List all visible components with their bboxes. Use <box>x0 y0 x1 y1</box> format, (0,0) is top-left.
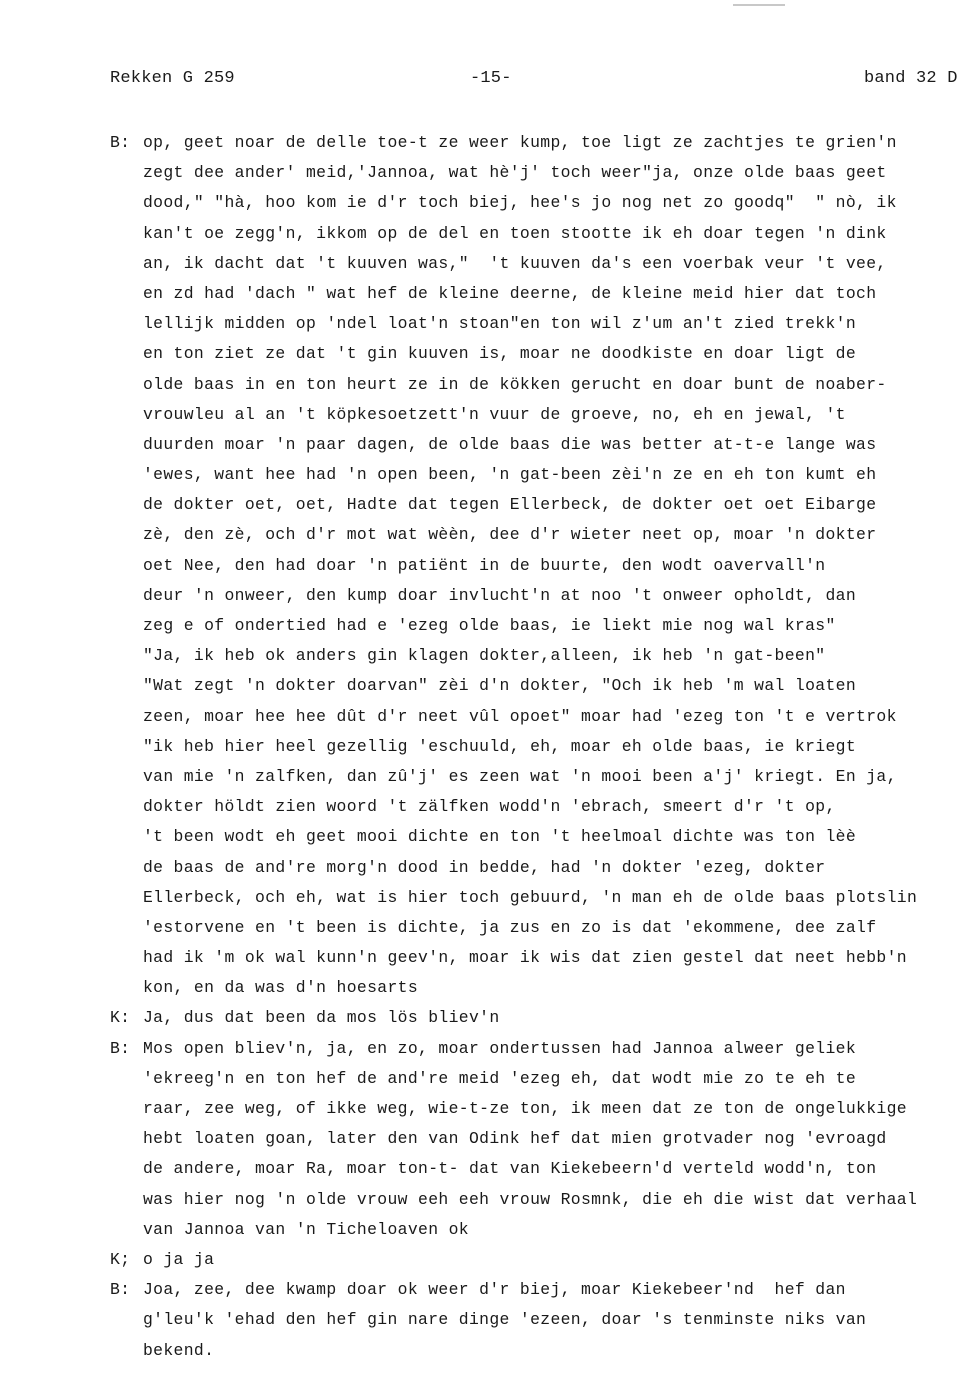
speaker-label: B: <box>110 1275 130 1305</box>
transcript-line: zeg e of ondertied had e 'ezeg olde baas… <box>110 611 979 641</box>
utterance-text: de andere, moar Ra, moar ton-t- dat van … <box>143 1154 876 1184</box>
utterance-text: had ik 'm ok wal kunn'n geev'n, moar ik … <box>143 943 907 973</box>
utterance-text: "ik heb hier heel gezellig 'eschuuld, eh… <box>143 732 856 762</box>
transcript-line: an, ik dacht dat 't kuuven was," 't kuuv… <box>110 249 979 279</box>
utterance-text: van Jannoa van 'n Ticheloaven ok <box>143 1215 469 1245</box>
utterance-text: zè, den zè, och d'r mot wat wèèn, dee d'… <box>143 520 876 550</box>
utterance-text: g'leu'k 'ehad den hef gin nare dinge 'ez… <box>143 1305 866 1335</box>
transcript-line: B:Mos open bliev'n, ja, en zo, moar onde… <box>110 1034 979 1064</box>
transcript-line: 'ekreeg'n en ton hef de and're meid 'eze… <box>110 1064 979 1094</box>
transcript-line: "ik heb hier heel gezellig 'eschuuld, eh… <box>110 732 979 762</box>
transcript-line: K;o ja ja <box>110 1245 979 1275</box>
top-rule <box>733 4 785 6</box>
utterance-text: kan't oe zegg'n, ikkom op de del en toen… <box>143 219 887 249</box>
utterance-text: zeg e of ondertied had e 'ezeg olde baas… <box>143 611 836 641</box>
utterance-text: oet Nee, den had doar 'n patiënt in de b… <box>143 551 825 581</box>
transcript-line: deur 'n onweer, den kump doar invlucht'n… <box>110 581 979 611</box>
transcript-line: was hier nog 'n olde vrouw eeh eeh vrouw… <box>110 1185 979 1215</box>
transcript-line: vrouwleu al an 't köpkesoetzett'n vuur d… <box>110 400 979 430</box>
transcript-line: B:Joa, zee, dee kwamp doar ok weer d'r b… <box>110 1275 979 1305</box>
utterance-text: zegt dee ander' meid,'Jannoa, wat hè'j' … <box>143 158 887 188</box>
transcript-line: oet Nee, den had doar 'n patiënt in de b… <box>110 551 979 581</box>
transcript-line: "Ja, ik heb ok anders gin klagen dokter,… <box>110 641 979 671</box>
utterance-text: Ja, dus dat been da mos lös bliev'n <box>143 1003 500 1033</box>
utterance-text: op, geet noar de delle toe-t ze weer kum… <box>143 128 897 158</box>
utterance-text: 't been wodt eh geet mooi dichte en ton … <box>143 822 856 852</box>
utterance-text: lellijk midden op 'ndel loat'n stoan"en … <box>143 309 856 339</box>
utterance-text: deur 'n onweer, den kump doar invlucht'n… <box>143 581 856 611</box>
transcript-line: "Wat zegt 'n dokter doarvan" zèi d'n dok… <box>110 671 979 701</box>
utterance-text: dokter höldt zien woord 't zälfken wodd'… <box>143 792 836 822</box>
speaker-label: K; <box>110 1245 130 1275</box>
utterance-text: 'ewes, want hee had 'n open been, 'n gat… <box>143 460 876 490</box>
transcript-line: kan't oe zegg'n, ikkom op de del en toen… <box>110 219 979 249</box>
utterance-text: de baas de and're morg'n dood in bedde, … <box>143 853 825 883</box>
document-reference: Rekken G 259 <box>110 69 235 88</box>
transcript-line: dood," "hà, hoo kom ie d'r toch biej, he… <box>110 188 979 218</box>
transcript-line: zeen, moar hee hee dût d'r neet vûl opoe… <box>110 702 979 732</box>
transcript-line: 'ewes, want hee had 'n open been, 'n gat… <box>110 460 979 490</box>
utterance-text: de dokter oet, oet, Hadte dat tegen Elle… <box>143 490 876 520</box>
utterance-text: van mie 'n zalfken, dan zû'j' es zeen wa… <box>143 762 897 792</box>
utterance-text: zeen, moar hee hee dût d'r neet vûl opoe… <box>143 702 897 732</box>
transcript-line: zè, den zè, och d'r mot wat wèèn, dee d'… <box>110 520 979 550</box>
utterance-text: kon, en da was d'n hoesarts <box>143 973 418 1003</box>
utterance-text: o ja ja <box>143 1245 214 1275</box>
utterance-text: olde baas in en ton heurt ze in de kökke… <box>143 370 887 400</box>
utterance-text: en zd had 'dach " wat hef de kleine deer… <box>143 279 876 309</box>
transcript-line: van Jannoa van 'n Ticheloaven ok <box>110 1215 979 1245</box>
utterance-text: was hier nog 'n olde vrouw eeh eeh vrouw… <box>143 1185 917 1215</box>
utterance-text: hebt loaten goan, later den van Odink he… <box>143 1124 887 1154</box>
transcript-line: B:op, geet noar de delle toe-t ze weer k… <box>110 128 979 158</box>
utterance-text: vrouwleu al an 't köpkesoetzett'n vuur d… <box>143 400 846 430</box>
transcript-line: 't been wodt eh geet mooi dichte en ton … <box>110 822 979 852</box>
transcript-line: zegt dee ander' meid,'Jannoa, wat hè'j' … <box>110 158 979 188</box>
transcript-line: had ik 'm ok wal kunn'n geev'n, moar ik … <box>110 943 979 973</box>
transcript-line: K:Ja, dus dat been da mos lös bliev'n <box>110 1003 979 1033</box>
utterance-text: en ton ziet ze dat 't gin kuuven is, moa… <box>143 339 856 369</box>
transcript-line: dokter höldt zien woord 't zälfken wodd'… <box>110 792 979 822</box>
transcript-line: de andere, moar Ra, moar ton-t- dat van … <box>110 1154 979 1184</box>
page-number: -15- <box>470 69 512 88</box>
utterance-text: an, ik dacht dat 't kuuven was," 't kuuv… <box>143 249 887 279</box>
speaker-label: K: <box>110 1003 130 1033</box>
utterance-text: duurden moar 'n paar dagen, de olde baas… <box>143 430 876 460</box>
utterance-text: raar, zee weg, of ikke weg, wie-t-ze ton… <box>143 1094 907 1124</box>
transcript-line: de baas de and're morg'n dood in bedde, … <box>110 853 979 883</box>
transcript-line: duurden moar 'n paar dagen, de olde baas… <box>110 430 979 460</box>
utterance-text: 'ekreeg'n en ton hef de and're meid 'eze… <box>143 1064 856 1094</box>
utterance-text: "Wat zegt 'n dokter doarvan" zèi d'n dok… <box>143 671 856 701</box>
page-header: Rekken G 259 -15- band 32 D <box>0 69 979 93</box>
transcript-line: kon, en da was d'n hoesarts <box>110 973 979 1003</box>
transcript-line: 'estorvene en 't been is dichte, ja zus … <box>110 913 979 943</box>
transcript-line: en zd had 'dach " wat hef de kleine deer… <box>110 279 979 309</box>
utterance-text: bekend. <box>143 1336 214 1366</box>
transcript-line: g'leu'k 'ehad den hef gin nare dinge 'ez… <box>110 1305 979 1335</box>
utterance-text: Ellerbeck, och eh, wat is hier toch gebu… <box>143 883 917 913</box>
transcript-line: raar, zee weg, of ikke weg, wie-t-ze ton… <box>110 1094 979 1124</box>
transcript-line: Ellerbeck, och eh, wat is hier toch gebu… <box>110 883 979 913</box>
transcript-line: olde baas in en ton heurt ze in de kökke… <box>110 370 979 400</box>
speaker-label: B: <box>110 1034 130 1064</box>
transcript-line: de dokter oet, oet, Hadte dat tegen Elle… <box>110 490 979 520</box>
utterance-text: "Ja, ik heb ok anders gin klagen dokter,… <box>143 641 825 671</box>
tape-band-label: band 32 D <box>864 69 958 88</box>
speaker-label: B: <box>110 128 130 158</box>
transcript-line: hebt loaten goan, later den van Odink he… <box>110 1124 979 1154</box>
transcript-line: en ton ziet ze dat 't gin kuuven is, moa… <box>110 339 979 369</box>
utterance-text: Mos open bliev'n, ja, en zo, moar ondert… <box>143 1034 856 1064</box>
transcript-line: lellijk midden op 'ndel loat'n stoan"en … <box>110 309 979 339</box>
transcript-line: bekend. <box>110 1336 979 1366</box>
utterance-text: Joa, zee, dee kwamp doar ok weer d'r bie… <box>143 1275 846 1305</box>
transcript-line: van mie 'n zalfken, dan zû'j' es zeen wa… <box>110 762 979 792</box>
transcript-body: B:op, geet noar de delle toe-t ze weer k… <box>110 128 979 1366</box>
utterance-text: 'estorvene en 't been is dichte, ja zus … <box>143 913 876 943</box>
utterance-text: dood," "hà, hoo kom ie d'r toch biej, he… <box>143 188 897 218</box>
